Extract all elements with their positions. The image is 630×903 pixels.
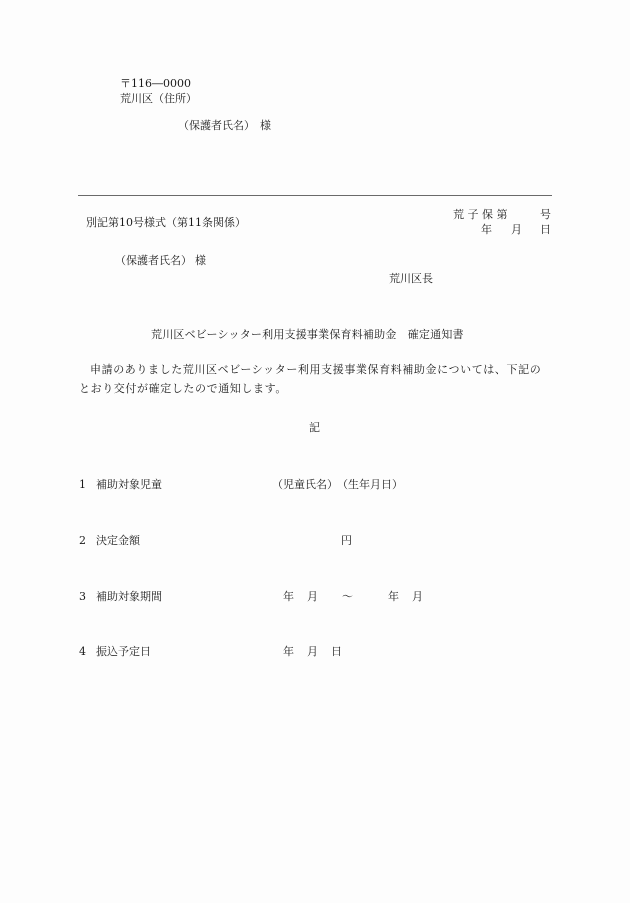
period-to-month: 月 [412,590,423,604]
item-label: 決定金額 [96,534,140,548]
item-number: 4 [79,645,86,659]
period-from-year: 年 [283,590,294,604]
document-number-suffix: 号 [540,208,551,222]
item-number: 3 [79,590,86,604]
birth-date-field: （生年月日） [337,478,403,492]
cut-line-divider [78,195,552,196]
transfer-month: 月 [307,645,318,659]
issue-date-month-label: 月 [511,223,522,237]
transfer-year: 年 [283,645,294,659]
issue-date-day-label: 日 [540,223,551,237]
period-separator: ～ [342,590,353,604]
body-line-2: とおり交付が確定したので通知します。 [79,379,287,399]
postal-code: 〒116―0000 [120,77,191,91]
amount-unit-yen: 円 [341,534,352,548]
issue-date-year-label: 年 [481,223,492,237]
period-to-year: 年 [388,590,399,604]
addressee-name: （保護者氏名） [115,254,192,268]
issuer: 荒川区長 [389,272,433,286]
document-title: 荒川区ベビーシッター利用支援事業保育料補助金 確定通知書 [151,328,464,342]
item-label: 補助対象期間 [96,590,162,604]
form-number: 別記第10号様式（第11条関係） [86,216,246,230]
item-number: 1 [79,478,86,492]
ki-heading: 記 [309,421,320,435]
recipient-honorific: 様 [260,119,271,133]
recipient-name: （保護者氏名） [178,119,255,133]
transfer-day: 日 [331,645,342,659]
addressee-honorific: 様 [195,254,206,268]
item-label: 補助対象児童 [96,478,162,492]
item-number: 2 [79,534,86,548]
item-label: 振込予定日 [96,645,151,659]
child-name-field: （児童氏名） [272,478,338,492]
document-number-prefix: 荒 子 保 第 [453,208,508,222]
recipient-address: 荒川区（住所） [120,92,197,106]
period-from-month: 月 [307,590,318,604]
body-line-1: 申請のありました荒川区ベビーシッター利用支援事業保育料補助金については、下記の [90,360,541,380]
